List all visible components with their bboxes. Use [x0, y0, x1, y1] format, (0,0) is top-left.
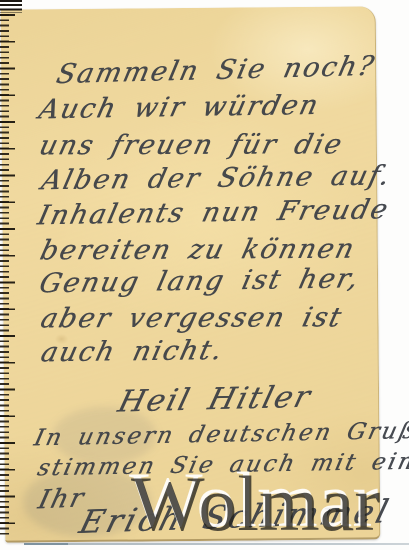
- handwritten-line: Auch wir würden: [36, 90, 323, 125]
- handwritten-line: Inhalents nun Freude: [35, 194, 393, 231]
- postcard-paper: Sammeln Sie noch? Auch wir würden uns fr…: [1, 6, 381, 542]
- signoff-line: Ihr: [35, 483, 88, 515]
- salutation-line: Heil Hitler: [114, 380, 315, 420]
- handwritten-line: aber vergessen ist: [38, 302, 346, 334]
- handwritten-line: Genug lang ist her,: [36, 263, 363, 299]
- handwritten-line: Sammeln Sie noch?: [53, 51, 378, 90]
- ruler-end-marks: [0, 0, 22, 13]
- handwritten-line: auch nicht.: [38, 335, 227, 368]
- handwritten-line: uns freuen für die: [36, 129, 346, 161]
- postcard-scan: Sammeln Sie noch? Auch wir würden uns fr…: [0, 0, 409, 550]
- handwritten-line: bereiten zu können: [37, 234, 359, 267]
- ruler-long-ticks: [0, 14, 15, 536]
- scanner-edge-line: [24, 543, 409, 545]
- handwritten-line: Alben der Söhne auf.: [38, 160, 394, 196]
- closing-line: stimmen Sie auch mit ein: [35, 449, 409, 482]
- ruler-strip: [0, 0, 26, 544]
